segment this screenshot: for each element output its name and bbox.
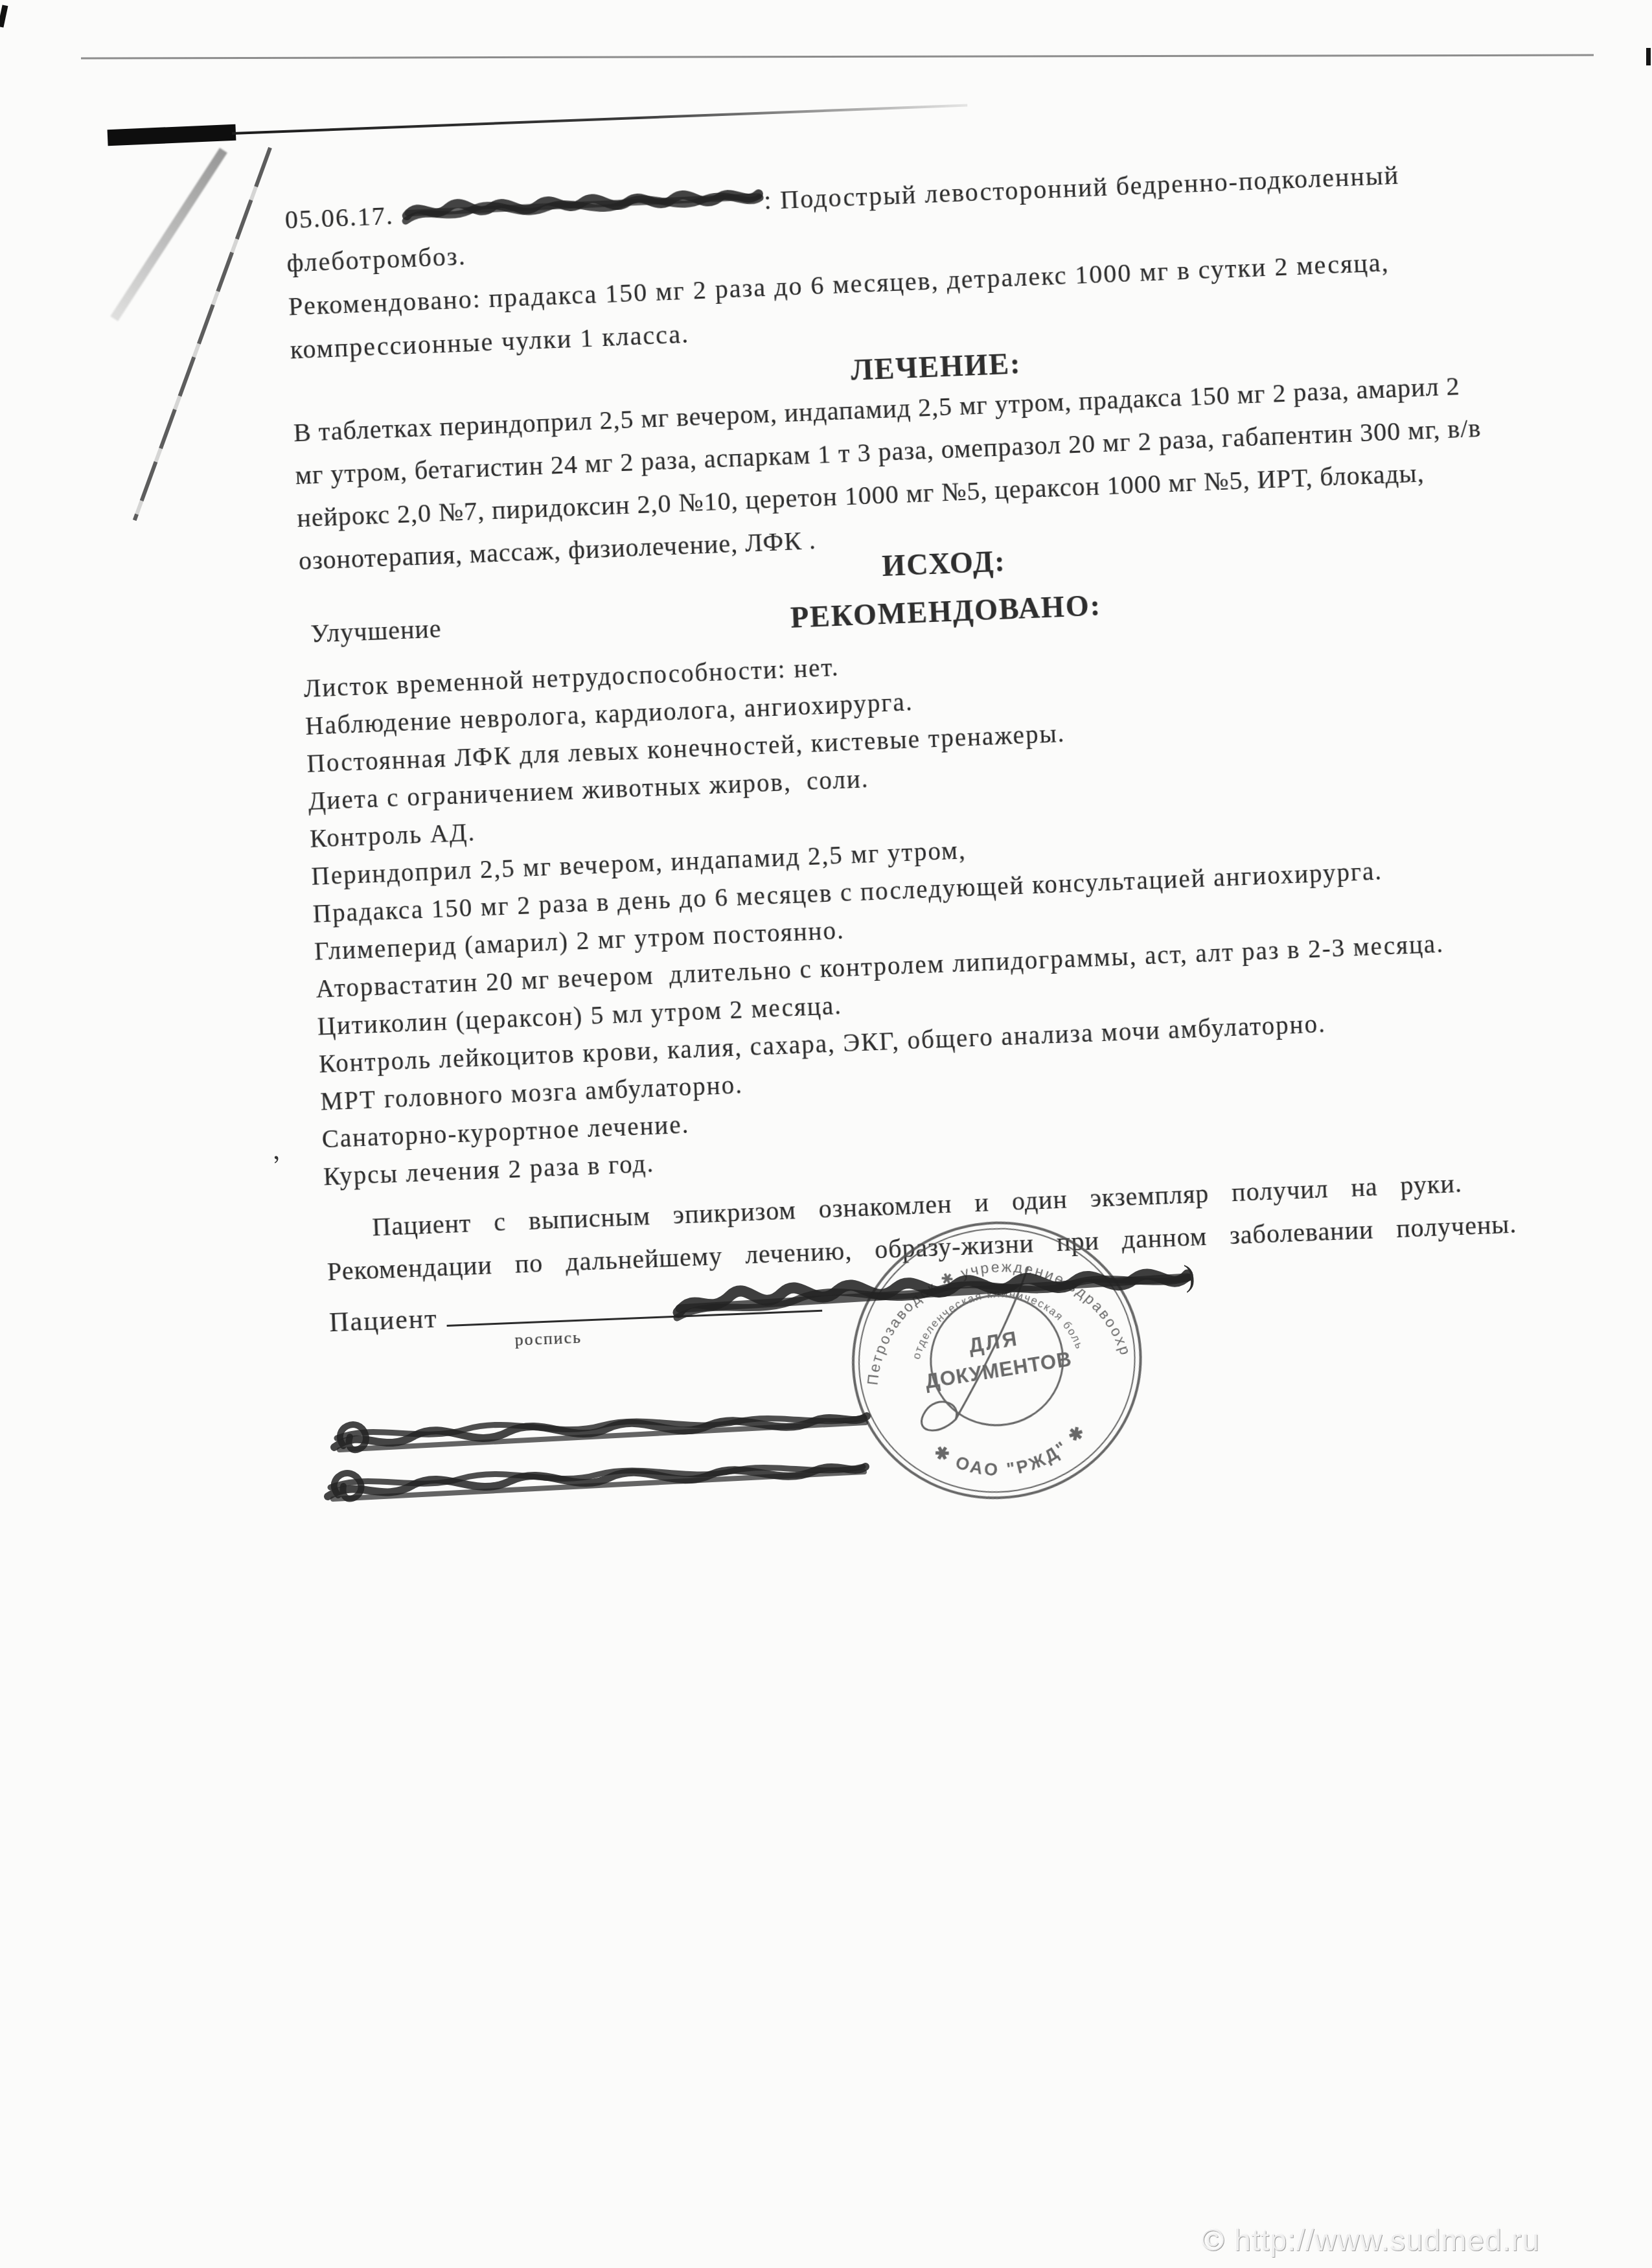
signature-label: Пациент [328, 1304, 438, 1338]
date: 05.06.17. [284, 200, 402, 234]
stray-pen-mark: , [270, 1135, 281, 1167]
scan-corner-mark [0, 5, 8, 27]
stamp-bottom-text: ✱ ОАО "РЖД" ✱ [928, 1418, 1096, 1491]
sudmed-watermark: © http://www.sudmed.ru [1202, 2222, 1540, 2258]
round-stamp: Петрозаводск ✱ учреждение здравоохранени… [821, 1176, 1172, 1537]
stamp-center-line1: ДЛЯ [967, 1327, 1021, 1357]
scan-hairline-top [81, 54, 1594, 60]
scanned-document: 05.06.17. : Подострый левосторонний бедр… [279, 137, 1619, 1358]
signature-scribble [671, 1255, 1195, 1327]
redaction-scribble-row2 [316, 1449, 873, 1510]
recommendation-list: Листок временной нетрудоспособности: нет… [303, 619, 1612, 1196]
redaction-scribble-svg [401, 181, 765, 227]
outcome-value: Улучшение [310, 613, 442, 648]
stamp-pen-loop [919, 1400, 959, 1432]
scan-black-bar [108, 124, 236, 146]
scan-thin-diagonal-line [232, 104, 967, 135]
scan-edge-tick [1646, 48, 1651, 65]
scan-streak-wide [110, 148, 227, 321]
redaction-scribble-name [401, 181, 765, 227]
stamp-center-line2: ДОКУМЕНТОВ [924, 1347, 1073, 1393]
scan-streak-thin [133, 147, 272, 521]
